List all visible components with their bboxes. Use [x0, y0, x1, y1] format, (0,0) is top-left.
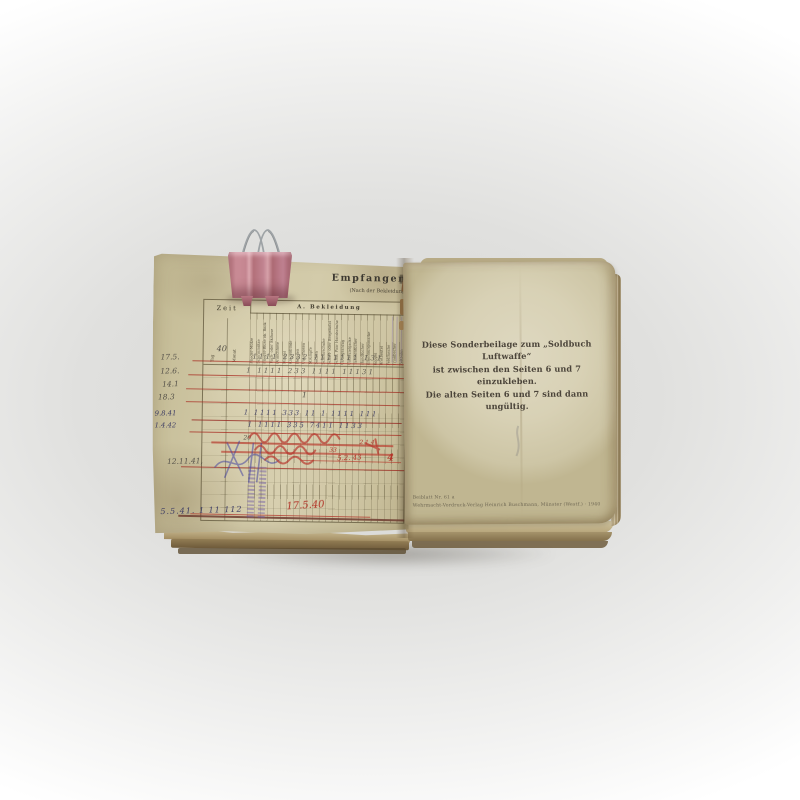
handwritten-tally: 1 — [302, 390, 307, 399]
handwritten-date: 9.8.41 — [155, 409, 177, 417]
handwritten-date: 1.4.42 — [155, 421, 177, 429]
red-handwritten-date: 17.5.40 — [286, 499, 325, 512]
printer-imprint: Beiblatt Nr. 61 a Wehrmacht-Vordruck-Ver… — [413, 493, 601, 510]
handwritten-date: 17.5. — [160, 352, 179, 361]
pink-binder-clip — [226, 226, 298, 306]
handwritten-date: 18.3 — [158, 392, 175, 401]
faint-pencil-mark — [504, 422, 534, 462]
handwritten-date: 12.6. — [160, 366, 179, 375]
monat-subcolumn-header: Monat — [231, 322, 237, 362]
notice-line: ist zwischen den Seiten 6 und 7 einzukle… — [408, 362, 606, 388]
handwritten-date: 12.11.41, — [167, 456, 203, 466]
photo-of-soldbuch: Empfangene (Nach der Bekleidung A. Bekle… — [0, 0, 800, 800]
clip-body — [228, 252, 292, 298]
imprint-line: Wehrmacht-Vordruck-Verlag Heinrich Busch… — [413, 501, 601, 510]
notice-line: Diese Sonderbeilage zum „Soldbuch Luftwa… — [408, 337, 606, 363]
clip-foot — [265, 296, 279, 306]
handwritten-date: 14.1 — [162, 379, 179, 389]
right-page: Diese Sonderbeilage zum „Soldbuch Luftwa… — [403, 261, 617, 524]
clip-foot — [241, 296, 253, 306]
handwritten-year: 40 — [217, 344, 227, 353]
notice-line: Die alten Seiten 6 und 7 sind dann ungül… — [408, 387, 606, 413]
red-scrawl-writing — [245, 425, 396, 467]
left-page-stack-edge — [178, 548, 406, 554]
tag-subcolumn-header: Tag — [209, 322, 215, 362]
insert-notice: Diese Sonderbeilage zum „Soldbuch Luftwa… — [408, 337, 607, 413]
right-page-stack-edge — [412, 541, 608, 548]
right-page-stack-edge — [408, 532, 612, 541]
